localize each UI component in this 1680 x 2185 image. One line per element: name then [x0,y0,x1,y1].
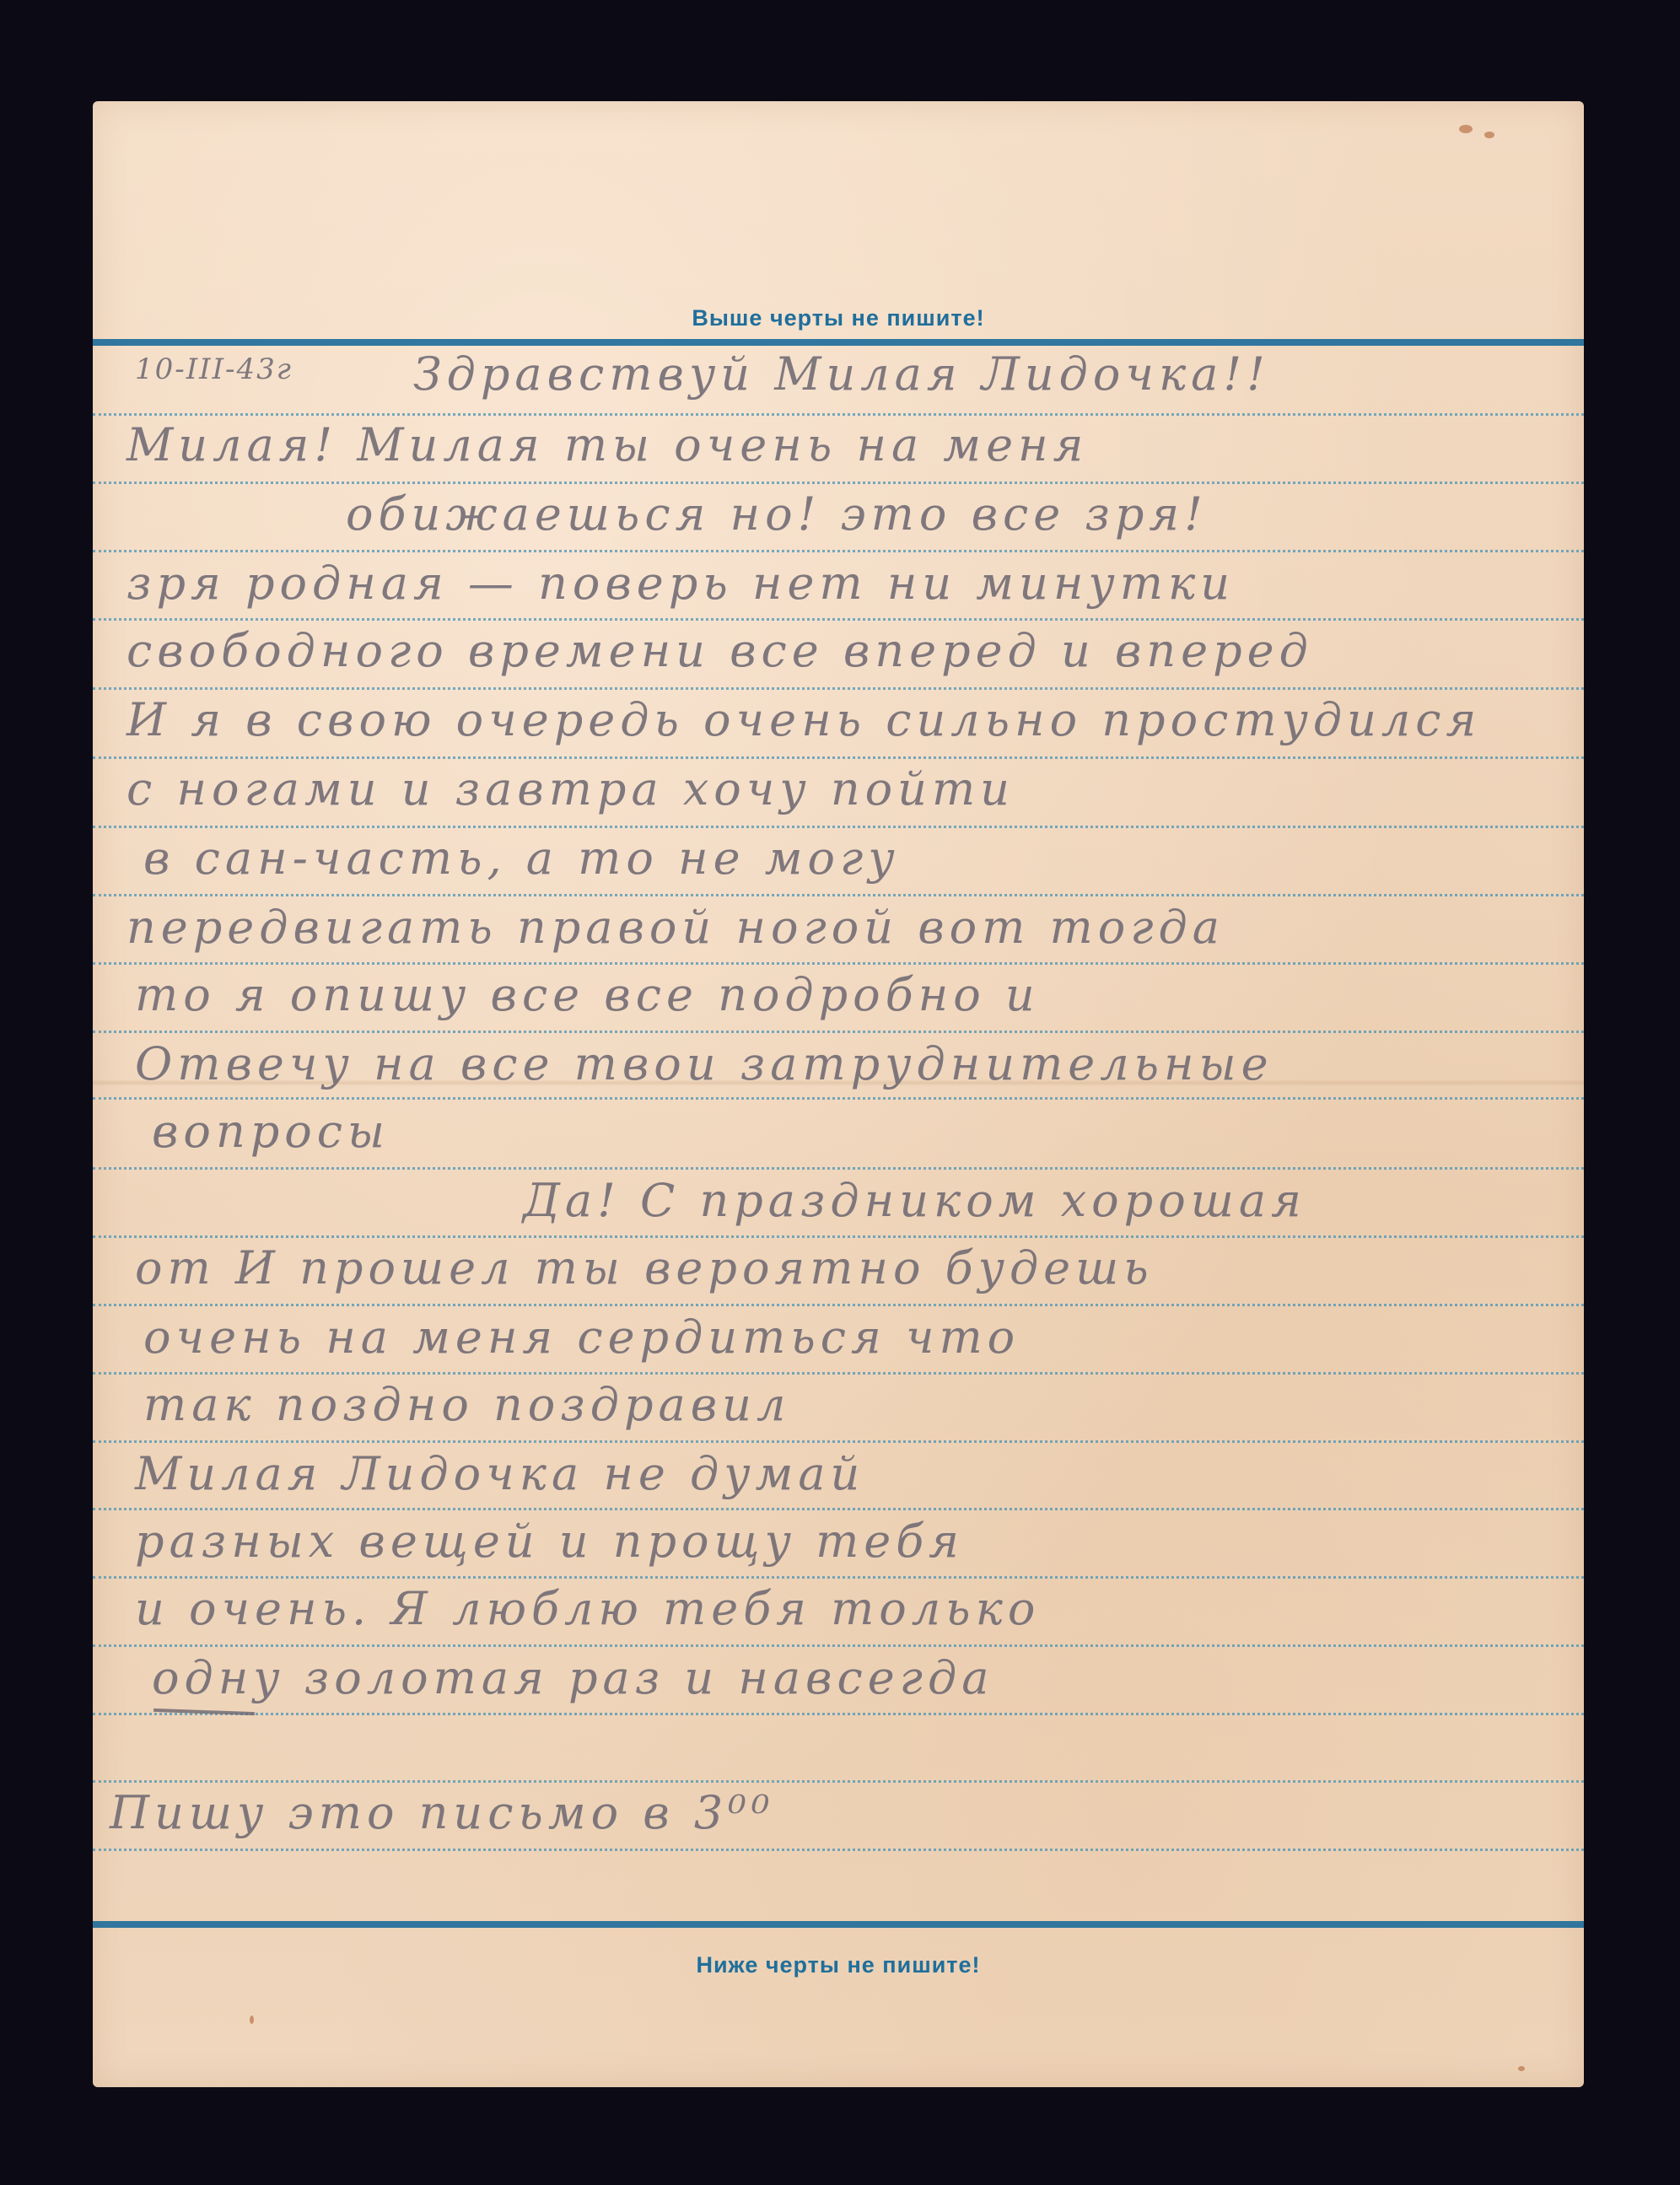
paper-stain [1459,125,1473,133]
ruled-line [93,826,1584,828]
letter-line: и очень. Я люблю тебя только [135,1582,1040,1635]
letter-date: 10-III-43г [135,353,293,386]
letter-line: И я в свою очередь очень сильно простуди… [127,693,1481,746]
letter-line: обижаешься но! это все зря! [346,487,1208,541]
ruled-line [93,894,1584,896]
ruled-line [93,550,1584,552]
ruled-line [93,687,1584,690]
ruled-line [93,756,1584,759]
letter-line: очень на меня сердиться что [143,1310,1020,1364]
ruled-line [93,1235,1584,1238]
ruled-line [93,1167,1584,1170]
bottom-printed-label: Ниже черты не пишите! [93,1952,1584,1978]
ruled-line [93,1372,1584,1375]
letter-line: передвигать правой ногой вот тогда [127,901,1225,954]
letter-line: зря родная — поверь нет ни минутки [127,557,1235,610]
ruled-line [93,413,1584,416]
letter-postscript: Пишу это письмо в 3⁰⁰ [110,1786,775,1839]
ruled-line [93,1031,1584,1033]
paper-stain [250,2015,254,2024]
top-printed-label: Выше черты не пишите! [93,305,1584,331]
letter-line: от И прошел ты вероятно будешь [135,1241,1154,1294]
letter-line: Милая! Милая ты очень на меня [127,418,1088,471]
letter-line: Милая Лидочка не думай [135,1447,864,1500]
ruled-line [93,482,1584,484]
letter-line: Отвечу на все твои затруднительные [135,1037,1273,1090]
ruled-line [93,1644,1584,1647]
bottom-thick-rule [93,1921,1584,1928]
letter-line: с ногами и завтра хочу пойти [127,762,1015,815]
ruled-line [93,1576,1584,1579]
ruled-line [93,962,1584,965]
letter-line-with-underline: одну золотая раз и навсегда [152,1651,993,1704]
letter-line: Да! С праздником хорошая [523,1174,1306,1227]
letter-line: вопросы [152,1105,390,1158]
paper-stain [1484,132,1494,138]
letter-line: то я опишу все все подробно и [135,968,1040,1021]
paper-stain [1518,2066,1525,2071]
ruled-line [93,1097,1584,1100]
top-thick-rule [93,339,1584,346]
letter-line: разных вещей и прощу тебя [135,1515,964,1568]
ruled-line [93,1304,1584,1306]
letter-line: так поздно поздравил [143,1378,790,1431]
ruled-line [93,1508,1584,1510]
ruled-line [93,618,1584,621]
letter-line: свободного времени все вперед и вперед [127,624,1313,677]
letter-greeting: Здравствуй Милая Лидочка!! [413,347,1270,401]
letter-paper: Выше черты не пишите! Ниже черты не пиши… [93,101,1584,2087]
ruled-line [93,1849,1584,1851]
letter-line: в сан-часть, а то не могу [143,831,900,885]
ruled-line [93,1440,1584,1443]
ruled-line [93,1780,1584,1783]
ruled-line [93,1713,1584,1715]
